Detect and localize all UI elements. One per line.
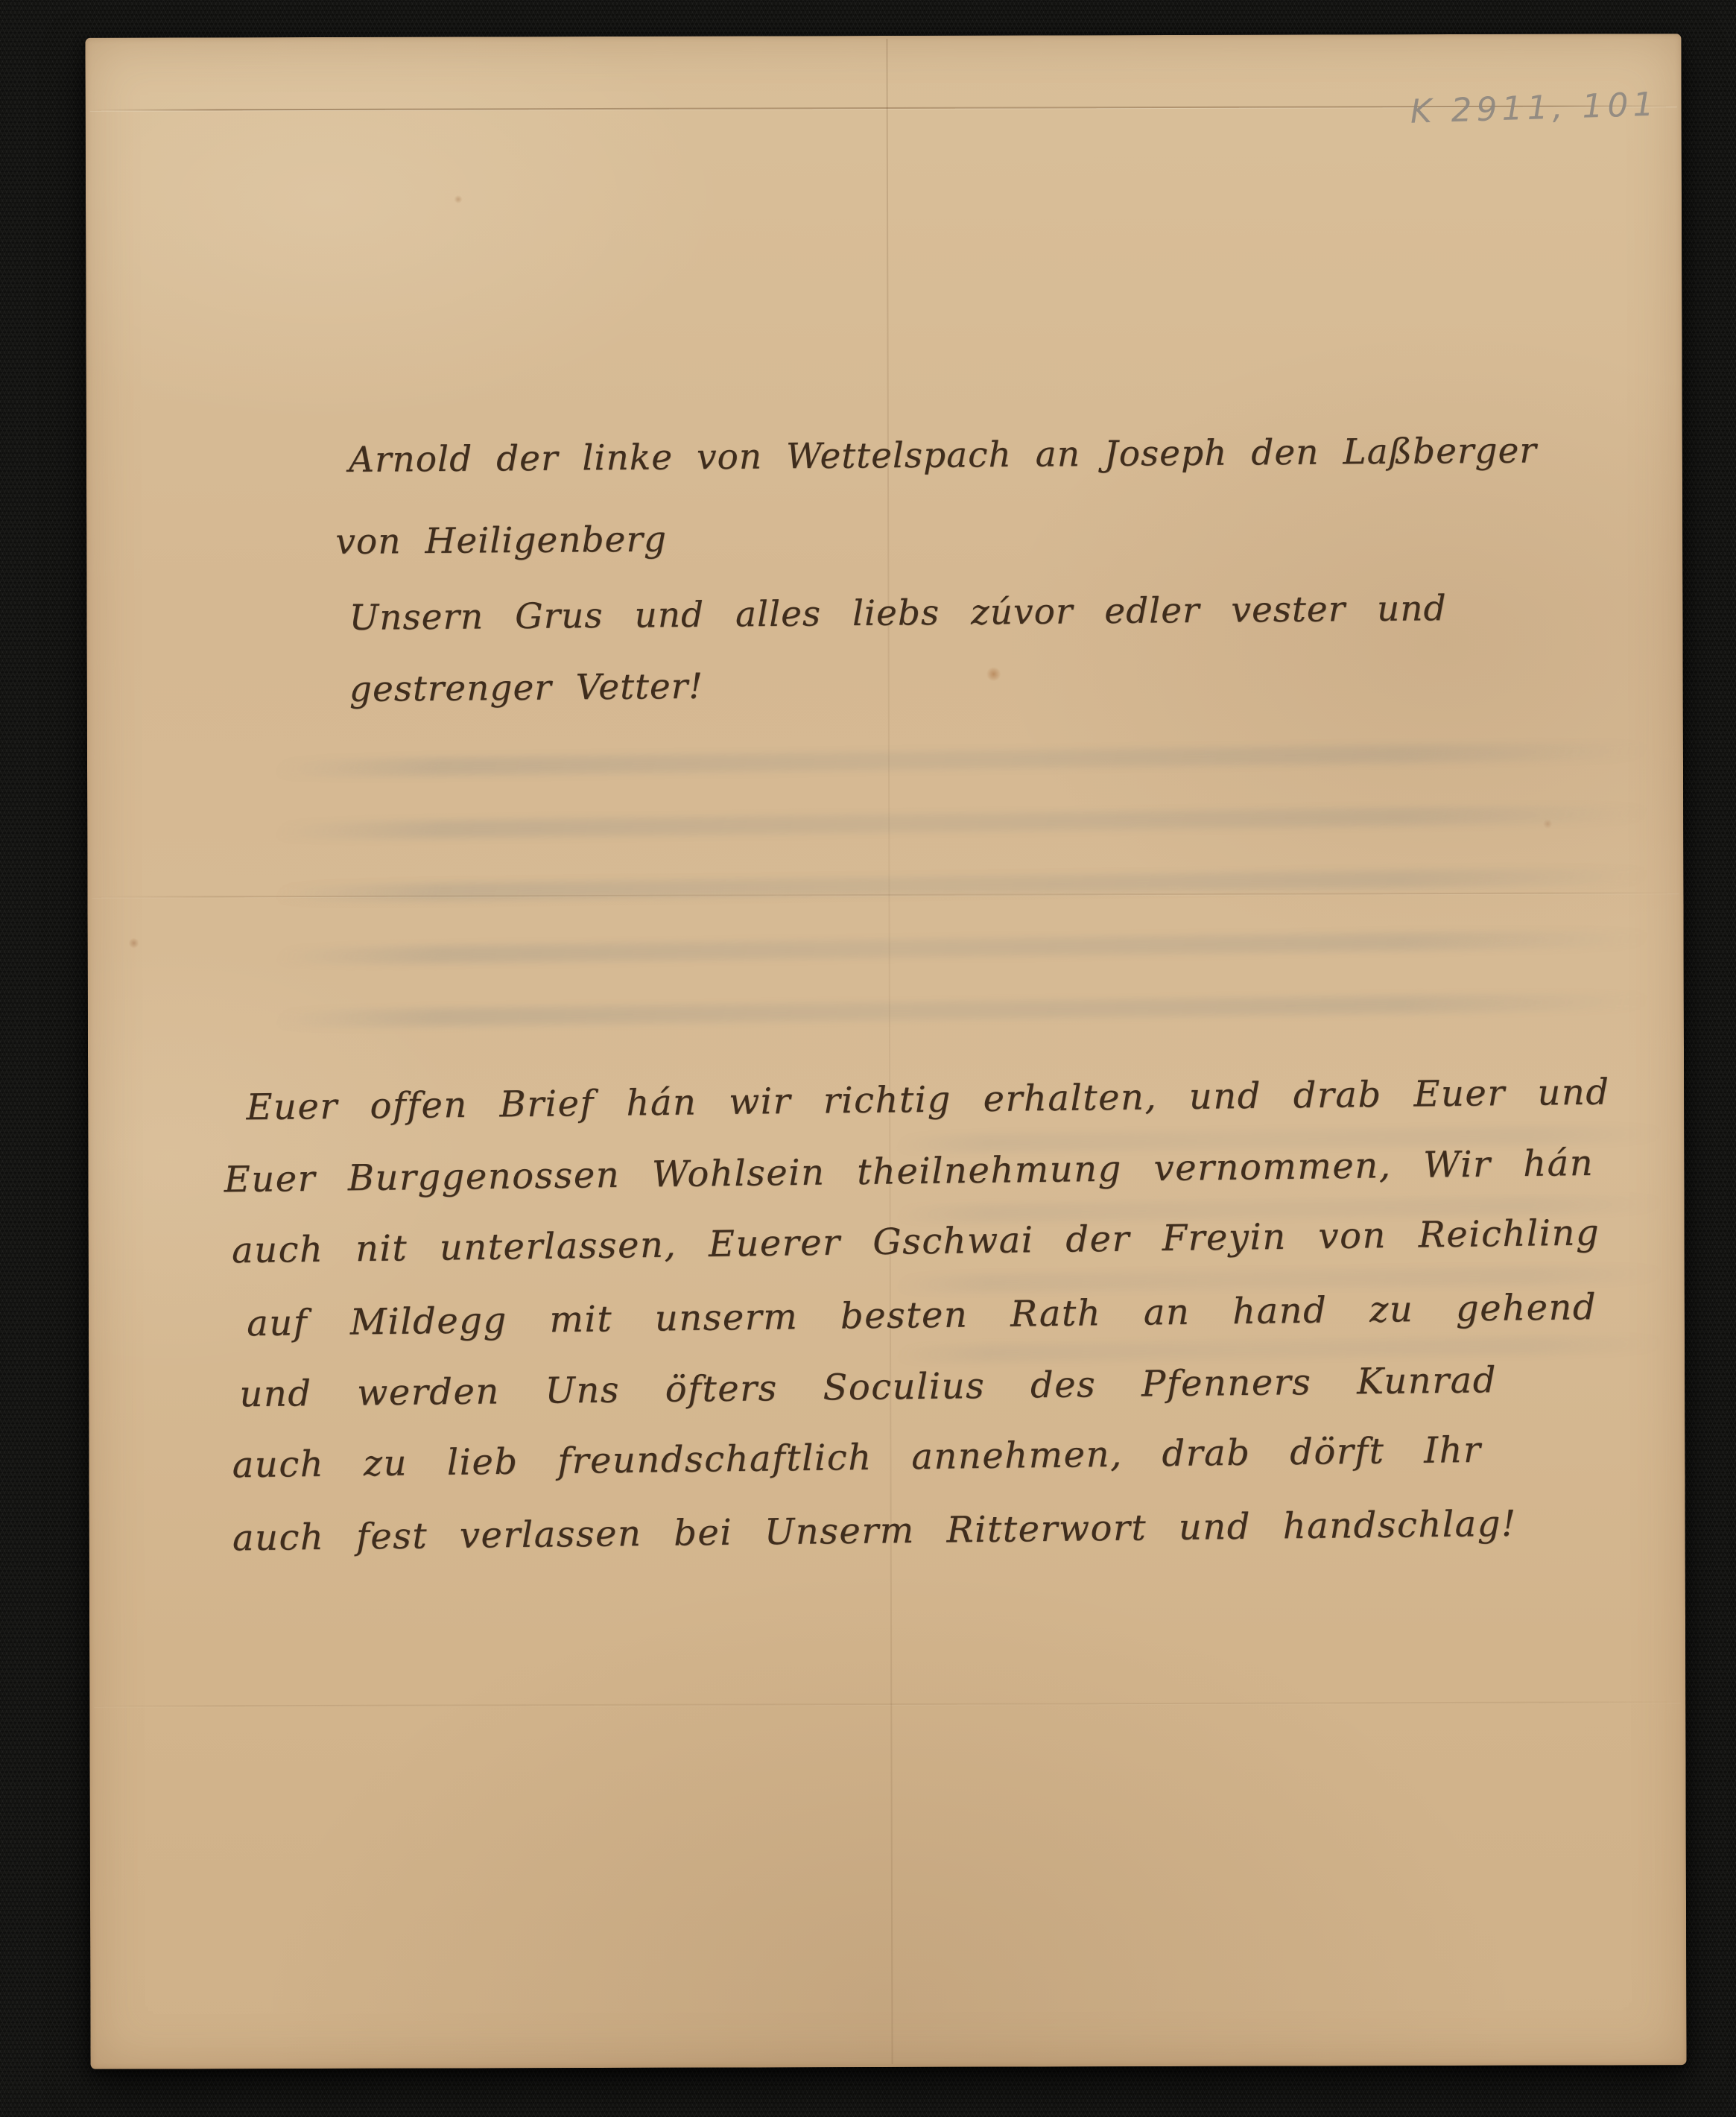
photograph-of-letter: { "palette": { "backdrop_fabric": "#1414… (0, 0, 1736, 2117)
ghost-line (890, 1335, 1670, 1364)
fold-crease-lower (94, 1701, 1681, 1707)
ghost-line (270, 742, 1654, 778)
fold-crease-middle (92, 892, 1679, 898)
ghost-line (271, 930, 1655, 966)
ghost-line (271, 993, 1655, 1028)
heading-line: Unsern Grus und alles liebs zúvor edler … (349, 588, 1446, 639)
heading-line: gestrenger Vetter! (349, 666, 704, 710)
letter-body: Euer offen Brief hán wir richtig erhalte… (85, 34, 1681, 38)
heading-line: Arnold der linke von Wettelspach an Jose… (349, 430, 1537, 481)
body-line: auch zu lieb freundschaftlich annehmen, … (232, 1429, 1481, 1486)
body-line: Euer offen Brief hán wir richtig erhalte… (246, 1071, 1610, 1128)
letter-heading: Arnold der linke von Wettelspach an Jose… (85, 34, 1681, 38)
body-line: auch fest verlassen bei Unserm Ritterwor… (232, 1503, 1517, 1560)
show-through-ghost-text (273, 704, 1653, 1051)
body-line: auch nit unterlassen, Euerer Gschwai der… (232, 1212, 1600, 1271)
archival-shelfmark-note: K 2911, 101 (1410, 86, 1659, 131)
body-line: Euer Burggenossen Wohlsein theilnehmung … (224, 1142, 1594, 1200)
body-line: und werden Uns öfters Soculius des Pfenn… (239, 1359, 1497, 1415)
ghost-line (271, 805, 1655, 841)
ghost-line (271, 867, 1655, 903)
heading-line: von Heiligenberg (335, 519, 667, 562)
body-line: auf Mildegg mit unserm besten Rath an ha… (247, 1286, 1597, 1344)
letter-paper: K 2911, 101 Arnold der linke von Wettels… (85, 34, 1686, 2069)
fold-crease-vertical (886, 39, 893, 2064)
